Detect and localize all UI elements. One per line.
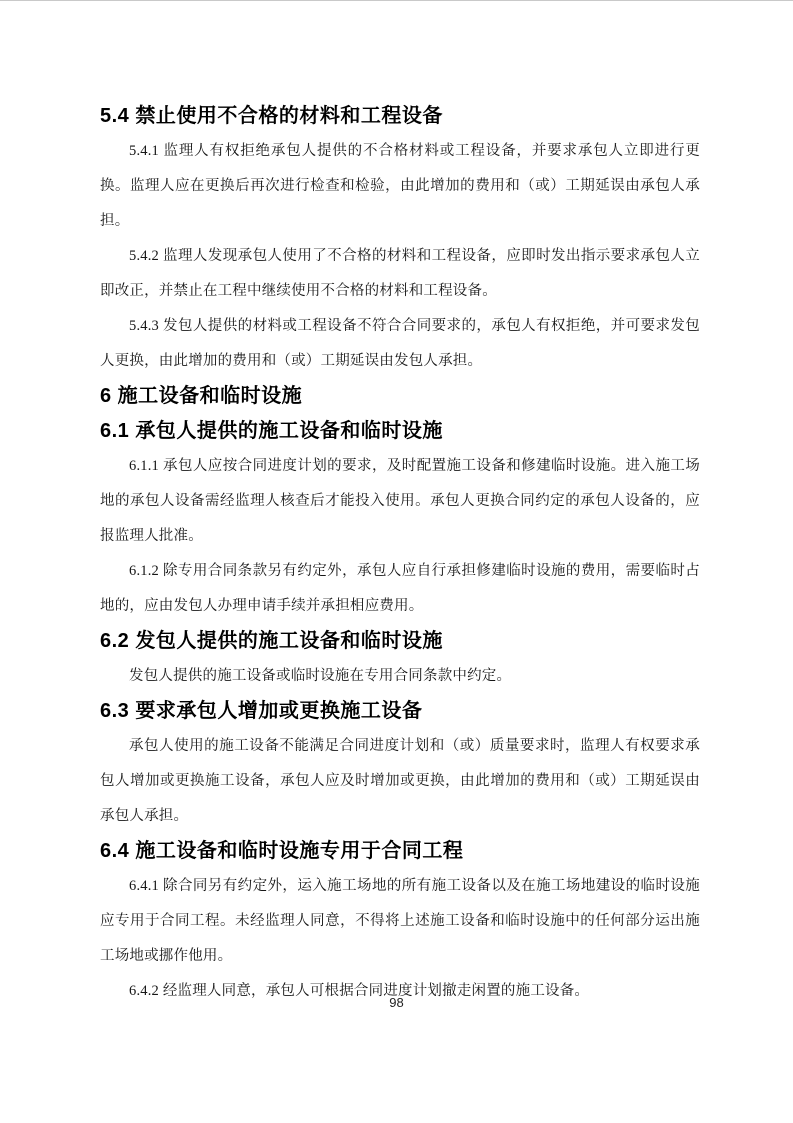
- para-5-4-2: 5.4.2 监理人发现承包人使用了不合格的材料和工程设备，应即时发出指示要求承包…: [100, 239, 700, 309]
- para-6-1-1: 6.1.1 承包人应按合同进度计划的要求，及时配置施工设备和修建临时设施。进入施…: [100, 449, 700, 554]
- para-6-2: 发包人提供的施工设备或临时设施在专用合同条款中约定。: [100, 659, 700, 694]
- heading-5-4: 5.4 禁止使用不合格的材料和工程设备: [100, 99, 700, 134]
- para-5-4-1: 5.4.1 监理人有权拒绝承包人提供的不合格材料或工程设备，并要求承包人立即进行…: [100, 134, 700, 239]
- heading-6-4: 6.4 施工设备和临时设施专用于合同工程: [100, 834, 700, 869]
- page-number: 98: [0, 995, 793, 1010]
- para-5-4-3: 5.4.3 发包人提供的材料或工程设备不符合合同要求的，承包人有权拒绝，并可要求…: [100, 309, 700, 379]
- heading-6: 6 施工设备和临时设施: [100, 379, 700, 414]
- heading-6-2: 6.2 发包人提供的施工设备和临时设施: [100, 624, 700, 659]
- para-6-1-2: 6.1.2 除专用合同条款另有约定外，承包人应自行承担修建临时设施的费用，需要临…: [100, 554, 700, 624]
- document-page: 5.4 禁止使用不合格的材料和工程设备 5.4.1 监理人有权拒绝承包人提供的不…: [0, 0, 793, 1123]
- para-6-3: 承包人使用的施工设备不能满足合同进度计划和（或）质量要求时，监理人有权要求承包人…: [100, 729, 700, 834]
- heading-6-1: 6.1 承包人提供的施工设备和临时设施: [100, 414, 700, 449]
- para-6-4-1: 6.4.1 除合同另有约定外，运入施工场地的所有施工设备以及在施工场地建设的临时…: [100, 869, 700, 974]
- heading-6-3: 6.3 要求承包人增加或更换施工设备: [100, 694, 700, 729]
- document-body: 5.4 禁止使用不合格的材料和工程设备 5.4.1 监理人有权拒绝承包人提供的不…: [100, 99, 700, 1009]
